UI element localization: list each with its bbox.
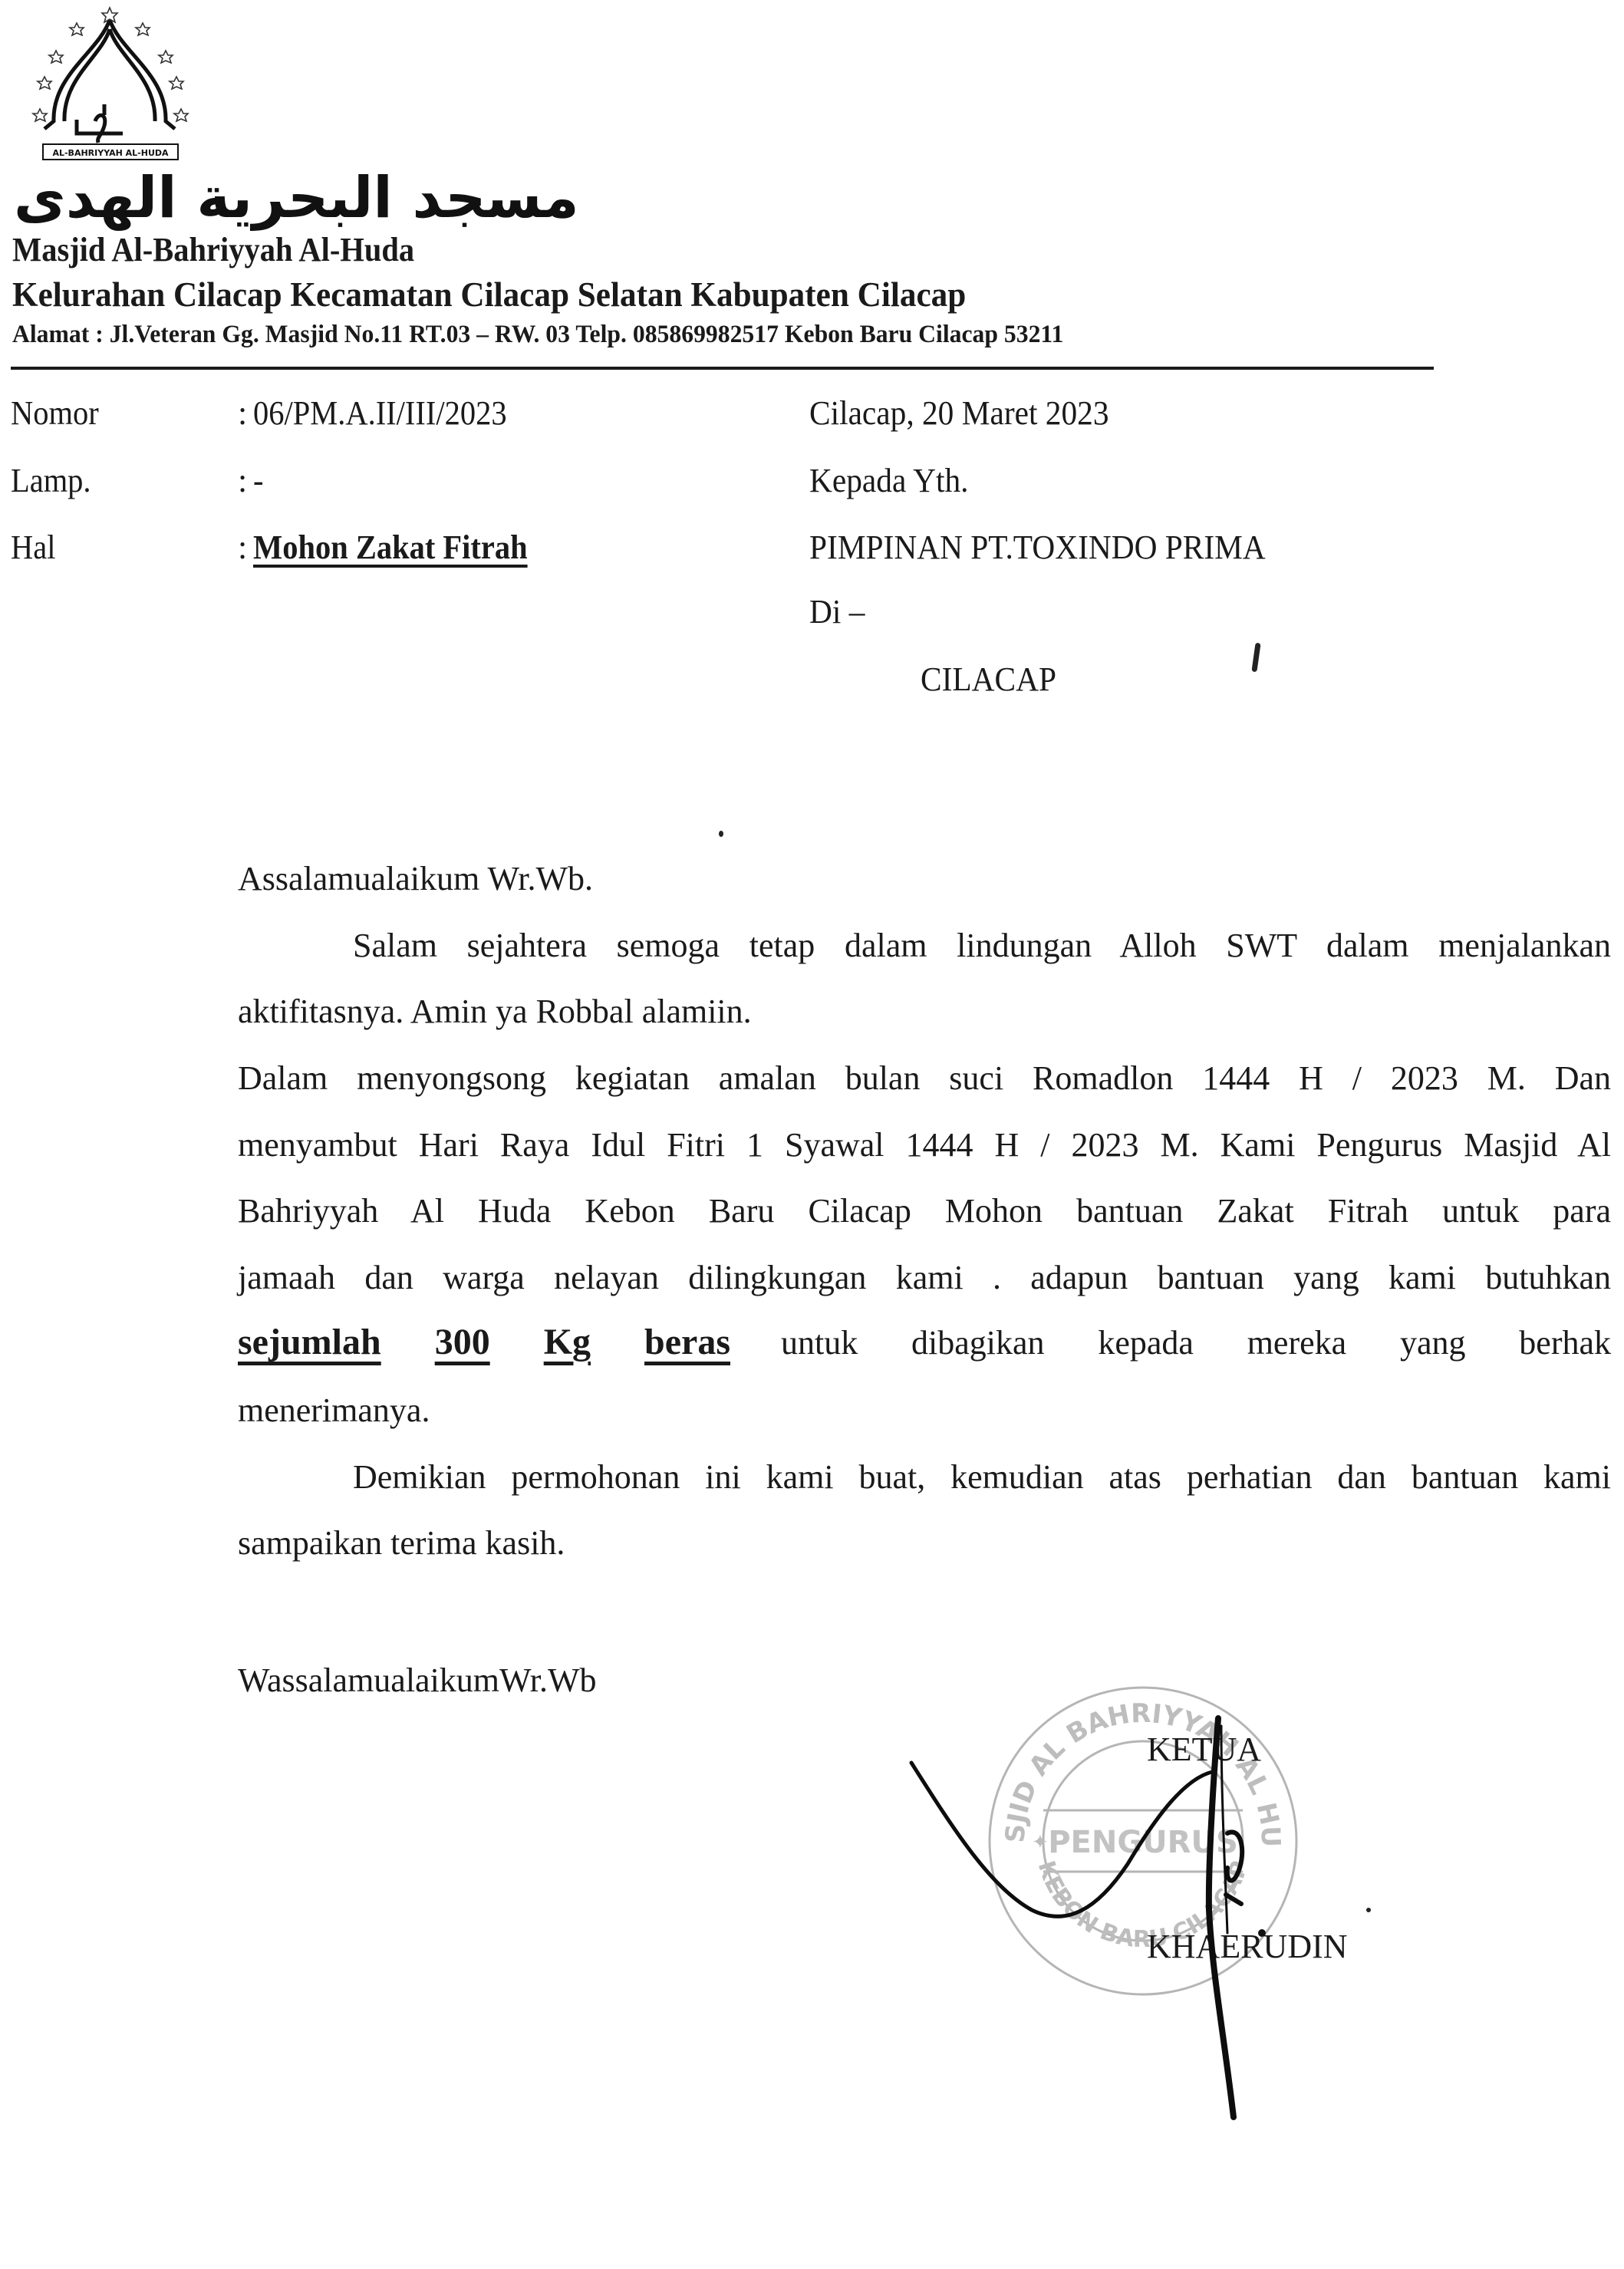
lamp-label: Lamp. [11, 461, 91, 500]
letterhead-divider [11, 367, 1434, 370]
scan-mark [1251, 643, 1260, 673]
greeting: Assalamualaikum Wr.Wb. [238, 859, 593, 898]
requested-amount: sejumlah300Kgberas [238, 1321, 776, 1363]
hal-value: Mohon Zakat Fitrah [253, 528, 528, 567]
mosque-dome-logo-icon: AL-BAHRIYYAH AL-HUDA [21, 6, 198, 163]
nomor-label: Nomor [11, 394, 99, 433]
scan-mark [719, 831, 723, 837]
org-name-arabic: مسجد البحرية الهدى [14, 165, 579, 231]
recipient-city: CILACAP [921, 660, 1056, 699]
body-line: menerimanya. [238, 1391, 430, 1430]
highlight-line-rest: untuk dibagikan kepada mereka yang berha… [781, 1323, 1611, 1362]
recipient-di: Di – [809, 592, 865, 631]
nomor-colon: : [238, 394, 247, 433]
highlight-line: sejumlah300Kgberas untuk dibagikan kepad… [238, 1321, 1611, 1363]
body-line: Bahriyyah Al Huda Kebon Baru Cilacap Moh… [238, 1191, 1611, 1230]
lamp-value: - [253, 461, 263, 500]
body-line: Salam sejahtera semoga tetap dalam lindu… [238, 926, 1611, 965]
lamp-colon: : [238, 461, 247, 500]
org-location: Kelurahan Cilacap Kecamatan Cilacap Sela… [12, 275, 966, 314]
hal-label: Hal [11, 528, 55, 567]
closing-paragraph-line: Demikian permohonan ini kami buat, kemud… [238, 1457, 1611, 1497]
body-line: jamaah dan warga nelayan dilingkungan ka… [238, 1258, 1611, 1297]
scan-mark [1366, 1908, 1371, 1912]
svg-text:AL-BAHRIYYAH AL-HUDA: AL-BAHRIYYAH AL-HUDA [52, 148, 169, 158]
body-line: Dalam menyongsong kegiatan amalan bulan … [238, 1059, 1611, 1098]
handwritten-signature-icon [905, 1703, 1289, 2132]
body-line: menyambut Hari Raya Idul Fitri 1 Syawal … [238, 1125, 1611, 1164]
org-address: Alamat : Jl.Veteran Gg. Masjid No.11 RT.… [12, 321, 1063, 349]
closing-greeting: WassalamualaikumWr.Wb [238, 1661, 597, 1700]
body-line: aktifitasnya. Amin ya Robbal alamiin. [238, 992, 1611, 1031]
place-date: Cilacap, 20 Maret 2023 [809, 394, 1109, 433]
closing-paragraph-line: sampaikan terima kasih. [238, 1523, 1611, 1563]
nomor-value: 06/PM.A.II/III/2023 [253, 394, 507, 433]
recipient-name: PIMPINAN PT.TOXINDO PRIMA [809, 528, 1266, 567]
org-name: Masjid Al-Bahriyyah Al-Huda [12, 230, 414, 269]
hal-colon: : [238, 528, 247, 567]
recipient-salutation: Kepada Yth. [809, 461, 968, 500]
